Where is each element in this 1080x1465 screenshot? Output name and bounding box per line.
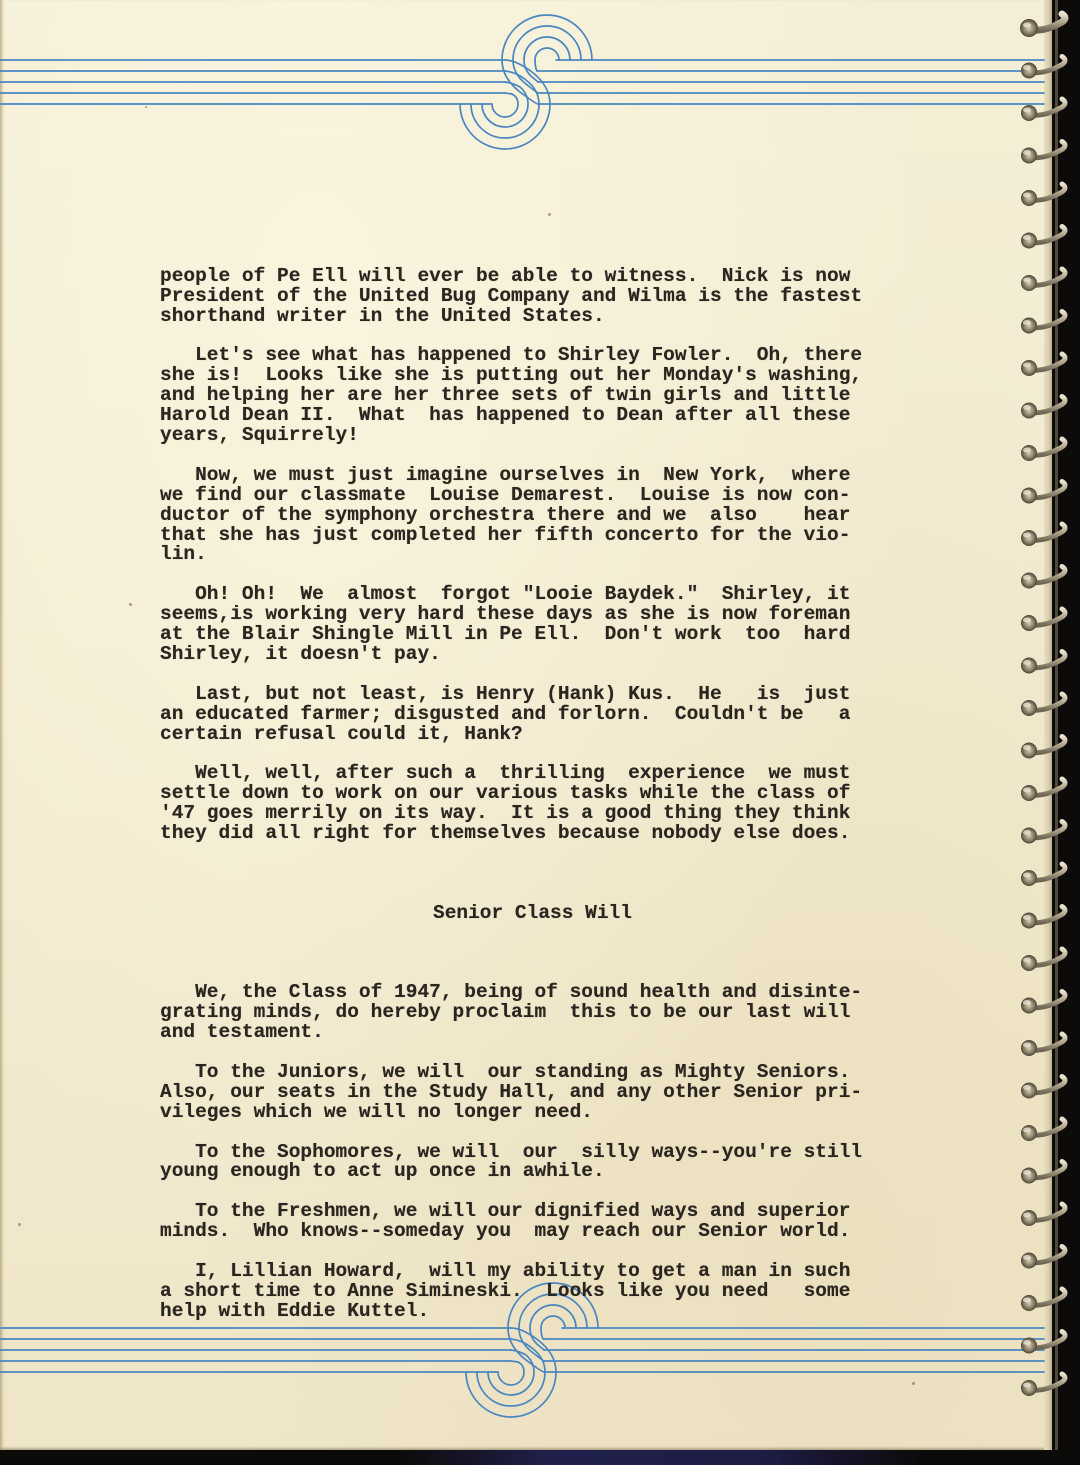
text-line: that she has just completed her fifth co… <box>160 526 870 546</box>
text-line: years, Squirrely! <box>160 426 870 446</box>
spiral-binding-icon <box>1010 0 1080 1465</box>
paragraph: Oh! Oh! We almost forgot "Looie Baydek."… <box>160 585 870 665</box>
text-line: minds. Who knows--someday you may reach … <box>160 1222 870 1242</box>
text-line: at the Blair Shingle Mill in Pe Ell. Don… <box>160 625 870 645</box>
text-line: '47 goes merrily on its way. It is a goo… <box>160 804 870 824</box>
paper-speck <box>18 1223 21 1226</box>
text-line: shorthand writer in the United States. <box>160 307 870 327</box>
text-line: lin. <box>160 545 870 565</box>
document-body: people of Pe Ell will ever be able to wi… <box>160 227 870 1381</box>
text-line: settle down to work on our various tasks… <box>160 784 870 804</box>
text-line: help with Eddie Kuttel. <box>160 1302 870 1322</box>
text-line: and testament. <box>160 1023 870 1043</box>
text-line: Let's see what has happened to Shirley F… <box>160 346 870 366</box>
stylized-s-ribbon-icon <box>0 0 1052 160</box>
paper-speck <box>145 106 147 108</box>
paper-speck <box>912 1382 915 1385</box>
text-line: I, Lillian Howard, will my ability to ge… <box>160 1262 870 1282</box>
paragraph: Let's see what has happened to Shirley F… <box>160 346 870 446</box>
text-line: Also, our seats in the Study Hall, and a… <box>160 1083 870 1103</box>
text-line: people of Pe Ell will ever be able to wi… <box>160 267 870 287</box>
paragraph: To the Juniors, we will our standing as … <box>160 1063 870 1123</box>
text-line: a short time to Anne Simineski. Looks li… <box>160 1282 870 1302</box>
cover-edge <box>400 1450 920 1465</box>
text-line: seems,is working very hard these days as… <box>160 605 870 625</box>
section-heading: Senior Class Will <box>160 904 870 924</box>
text-line: Oh! Oh! We almost forgot "Looie Baydek."… <box>160 585 870 605</box>
text-line: grating minds, do hereby proclaim this t… <box>160 1003 870 1023</box>
text-line: Last, but not least, is Henry (Hank) Kus… <box>160 685 870 705</box>
text-line: Harold Dean II. What has happened to Dea… <box>160 406 870 426</box>
paragraph: To the Sophomores, we will our silly way… <box>160 1143 870 1183</box>
text-line: We, the Class of 1947, being of sound he… <box>160 983 870 1003</box>
paragraph: Well, well, after such a thrilling exper… <box>160 764 870 844</box>
text-line: To the Freshmen, we will our dignified w… <box>160 1202 870 1222</box>
notebook-page: people of Pe Ell will ever be able to wi… <box>0 0 1052 1450</box>
text-line: Well, well, after such a thrilling exper… <box>160 764 870 784</box>
paragraphs-before-heading: people of Pe Ell will ever be able to wi… <box>160 267 870 844</box>
text-line: ductor of the symphony orchestra there a… <box>160 506 870 526</box>
text-line: To the Sophomores, we will our silly way… <box>160 1143 870 1163</box>
text-line: she is! Looks like she is putting out he… <box>160 366 870 386</box>
paper-speck <box>129 603 132 606</box>
text-line: Shirley, it doesn't pay. <box>160 645 870 665</box>
text-line: certain refusal could it, Hank? <box>160 725 870 745</box>
paragraph: We, the Class of 1947, being of sound he… <box>160 983 870 1043</box>
text-line: President of the United Bug Company and … <box>160 287 870 307</box>
text-line: an educated farmer; disgusted and forlor… <box>160 705 870 725</box>
paragraphs-after-heading: We, the Class of 1947, being of sound he… <box>160 983 870 1321</box>
text-line: vileges which we will no longer need. <box>160 1103 870 1123</box>
heading-text: Senior Class Will <box>433 902 632 924</box>
text-line: and helping her are her three sets of tw… <box>160 386 870 406</box>
text-line: we find our classmate Louise Demarest. L… <box>160 486 870 506</box>
paragraph: people of Pe Ell will ever be able to wi… <box>160 267 870 327</box>
text-line: Now, we must just imagine ourselves in N… <box>160 466 870 486</box>
paragraph: Last, but not least, is Henry (Hank) Kus… <box>160 685 870 745</box>
text-line: they did all right for themselves becaus… <box>160 824 870 844</box>
paragraph: To the Freshmen, we will our dignified w… <box>160 1202 870 1242</box>
text-line: To the Juniors, we will our standing as … <box>160 1063 870 1083</box>
paper-speck <box>548 213 551 216</box>
text-line: young enough to act up once in awhile. <box>160 1162 870 1182</box>
paragraph: Now, we must just imagine ourselves in N… <box>160 466 870 566</box>
paragraph: I, Lillian Howard, will my ability to ge… <box>160 1262 870 1322</box>
